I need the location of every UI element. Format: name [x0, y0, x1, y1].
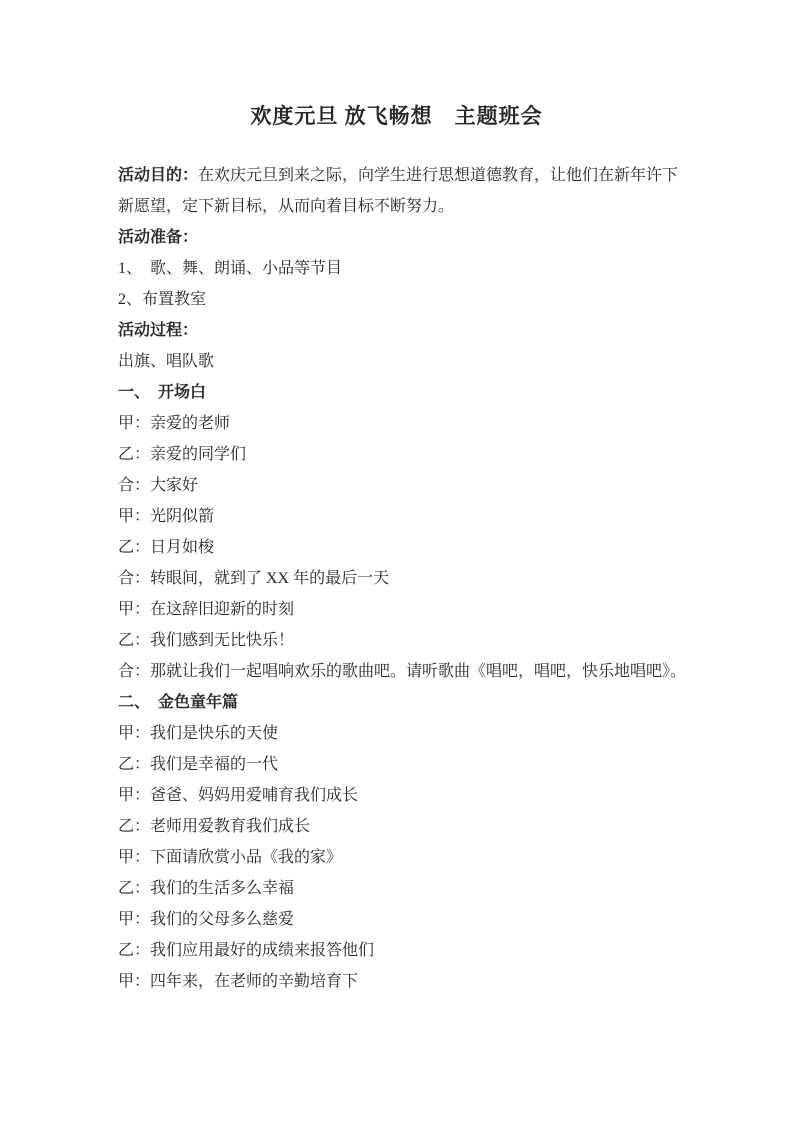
document-line: 活动目的：在欢庆元旦到来之际，向学生进行思想道德教育，让他们在新年许下: [118, 160, 675, 191]
document-line: 甲：四年来，在老师的辛勤培育下: [118, 966, 675, 997]
document-line: 合：转眼间，就到了 XX 年的最后一天: [118, 563, 675, 594]
document-line: 甲：亲爱的老师: [118, 408, 675, 439]
text-run: 甲：在这辞旧迎新的时刻: [118, 601, 294, 618]
document-line: 甲：我们是快乐的天使: [118, 718, 675, 749]
document-line: 甲：下面请欣赏小品《我的家》: [118, 842, 675, 873]
text-run: 合：转眼间，就到了 XX 年的最后一天: [118, 570, 389, 587]
document-line: 活动过程：: [118, 315, 675, 346]
document-line: 新愿望，定下新目标，从而向着目标不断努力。: [118, 191, 675, 222]
bold-run: 活动过程：: [118, 322, 198, 339]
text-run: 乙：我们是幸福的一代: [118, 756, 278, 773]
text-run: 甲：四年来，在老师的辛勤培育下: [118, 973, 358, 990]
text-run: 乙：日月如梭: [118, 539, 214, 556]
text-run: 甲：光阴似箭: [118, 508, 214, 525]
document-line: 出旗、唱队歌: [118, 346, 675, 377]
document-line: 乙：我们应用最好的成绩来报答他们: [118, 935, 675, 966]
bold-run: 一、 开场白: [118, 384, 206, 401]
text-run: 出旗、唱队歌: [118, 353, 214, 370]
text-run: 合：大家好: [118, 477, 198, 494]
document-page: 欢度元旦 放飞畅想 主题班会 活动目的：在欢庆元旦到来之际，向学生进行思想道德教…: [0, 0, 793, 1122]
bold-run: 二、 金色童年篇: [118, 694, 238, 711]
text-run: 乙：老师用爱教育我们成长: [118, 818, 310, 835]
document-line: 1、 歌、舞、朗诵、小品等节目: [118, 253, 675, 284]
document-line: 乙：我们是幸福的一代: [118, 749, 675, 780]
text-run: 乙：亲爱的同学们: [118, 446, 246, 463]
document-line: 合：那就让我们一起唱响欢乐的歌曲吧。请听歌曲《唱吧，唱吧，快乐地唱吧》。: [118, 656, 675, 687]
document-line: 乙：我们的生活多么幸福: [118, 873, 675, 904]
text-run: 1、 歌、舞、朗诵、小品等节目: [118, 260, 342, 277]
text-run: 在欢庆元旦到来之际，向学生进行思想道德教育，让他们在新年许下: [198, 167, 678, 184]
text-run: 甲：我们是快乐的天使: [118, 725, 278, 742]
document-line: 2、布置教室: [118, 284, 675, 315]
document-line: 甲：光阴似箭: [118, 501, 675, 532]
document-line: 乙：亲爱的同学们: [118, 439, 675, 470]
document-body: 活动目的：在欢庆元旦到来之际，向学生进行思想道德教育，让他们在新年许下新愿望，定…: [118, 160, 675, 997]
text-run: 甲：下面请欣赏小品《我的家》: [118, 849, 342, 866]
document-title: 欢度元旦 放飞畅想 主题班会: [118, 104, 675, 128]
document-line: 甲：爸爸、妈妈用爱哺育我们成长: [118, 780, 675, 811]
text-run: 合：那就让我们一起唱响欢乐的歌曲吧。请听歌曲《唱吧，唱吧，快乐地唱吧》。: [118, 663, 686, 680]
text-run: 乙：我们的生活多么幸福: [118, 880, 294, 897]
document-line: 乙：我们感到无比快乐！: [118, 625, 675, 656]
text-run: 乙：我们感到无比快乐！: [118, 632, 294, 649]
document-line: 甲：我们的父母多么慈爱: [118, 904, 675, 935]
text-run: 甲：爸爸、妈妈用爱哺育我们成长: [118, 787, 358, 804]
bold-run: 活动目的：: [118, 167, 198, 184]
text-run: 2、布置教室: [118, 291, 206, 308]
text-run: 乙：我们应用最好的成绩来报答他们: [118, 942, 374, 959]
document-line: 乙：老师用爱教育我们成长: [118, 811, 675, 842]
document-line: 一、 开场白: [118, 377, 675, 408]
text-run: 新愿望，定下新目标，从而向着目标不断努力。: [118, 198, 454, 215]
text-run: 甲：我们的父母多么慈爱: [118, 911, 294, 928]
document-line: 甲：在这辞旧迎新的时刻: [118, 594, 675, 625]
document-line: 合：大家好: [118, 470, 675, 501]
document-line: 活动准备：: [118, 222, 675, 253]
text-run: 甲：亲爱的老师: [118, 415, 230, 432]
bold-run: 活动准备：: [118, 229, 198, 246]
document-line: 二、 金色童年篇: [118, 687, 675, 718]
document-line: 乙：日月如梭: [118, 532, 675, 563]
